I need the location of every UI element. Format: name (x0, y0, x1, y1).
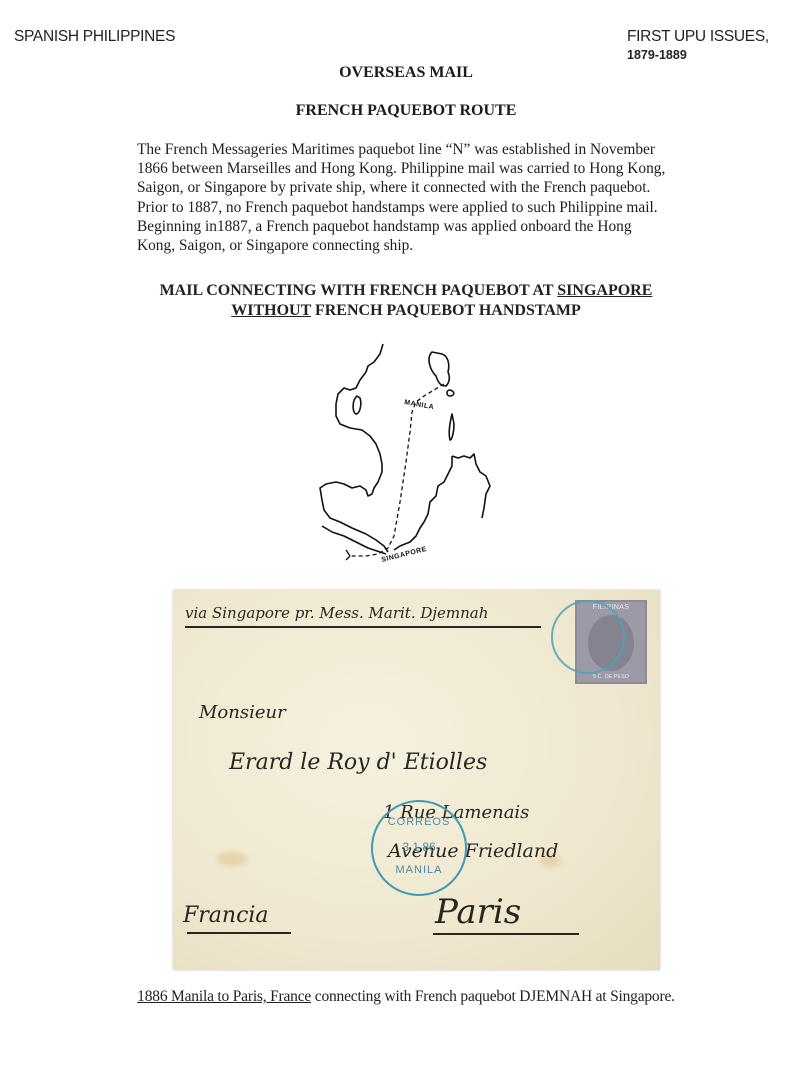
caption-route: 1886 Manila to Paris, France (137, 988, 311, 1005)
address-city: Paris (435, 892, 521, 932)
header-issue-years: 1879-1889 (627, 46, 769, 64)
header-issue: FIRST UPU ISSUES, 1879-1889 (627, 28, 769, 64)
postmark-top-text: CORREOS (373, 816, 465, 828)
country-underline (187, 932, 291, 934)
address-name: Erard le Roy d' Etiolles (229, 750, 487, 775)
header-issue-title: FIRST UPU ISSUES, (627, 28, 769, 45)
cover-envelope: via Singapore pr. Mess. Marit. Djemnah F… (173, 590, 660, 970)
intro-line: Kong, Saigon, or Singapore connecting sh… (137, 236, 677, 255)
route-map: MANILA SINGAPORE (300, 332, 520, 572)
intro-paragraph: The French Messageries Maritimes paquebo… (137, 140, 677, 255)
intro-line: Saigon, or Singapore by private ship, wh… (137, 178, 677, 197)
stamp-value: 5 C. DE PESO (577, 674, 645, 680)
intro-line: Beginning in1887, a French paquebot hand… (137, 217, 677, 236)
manila-postmark: CORREOS 3 1 86 MANILA (371, 800, 467, 896)
page-title: OVERSEAS MAIL (0, 64, 812, 82)
section-heading-text: MAIL CONNECTING WITH FRENCH PAQUEBOT AT (160, 282, 558, 299)
header-country: SPANISH PHILIPPINES (14, 28, 175, 46)
city-underline (433, 933, 579, 935)
section-heading: MAIL CONNECTING WITH FRENCH PAQUEBOT AT … (0, 281, 812, 321)
routing-underline (185, 626, 541, 628)
route-map-drawing: MANILA SINGAPORE (300, 332, 520, 572)
section-heading-emphasis: SINGAPORE (557, 282, 652, 299)
intro-line: The French Messageries Maritimes paquebo… (137, 140, 677, 159)
postmark-bottom-text: MANILA (373, 864, 465, 876)
page-subtitle: FRENCH PAQUEBOT ROUTE (0, 102, 812, 120)
stamp-cancel-postmark (551, 600, 625, 674)
map-label-manila: MANILA (404, 399, 435, 411)
routing-endorsement: via Singapore pr. Mess. Marit. Djemnah (185, 604, 488, 622)
address-country: Francia (183, 903, 269, 928)
intro-line: 1866 between Marseilles and Hong Kong. P… (137, 159, 677, 178)
section-heading-emphasis: WITHOUT (231, 302, 311, 319)
address-salutation: Monsieur (199, 702, 286, 723)
cover-caption: 1886 Manila to Paris, France connecting … (0, 988, 812, 1006)
postmark-date: 3 1 86 (373, 840, 465, 854)
intro-line: Prior to 1887, no French paquebot handst… (137, 198, 677, 217)
section-heading-text: FRENCH PAQUEBOT HANDSTAMP (311, 302, 581, 319)
cover-stain (217, 852, 247, 866)
caption-text: connecting with French paquebot DJEMNAH … (311, 988, 675, 1005)
